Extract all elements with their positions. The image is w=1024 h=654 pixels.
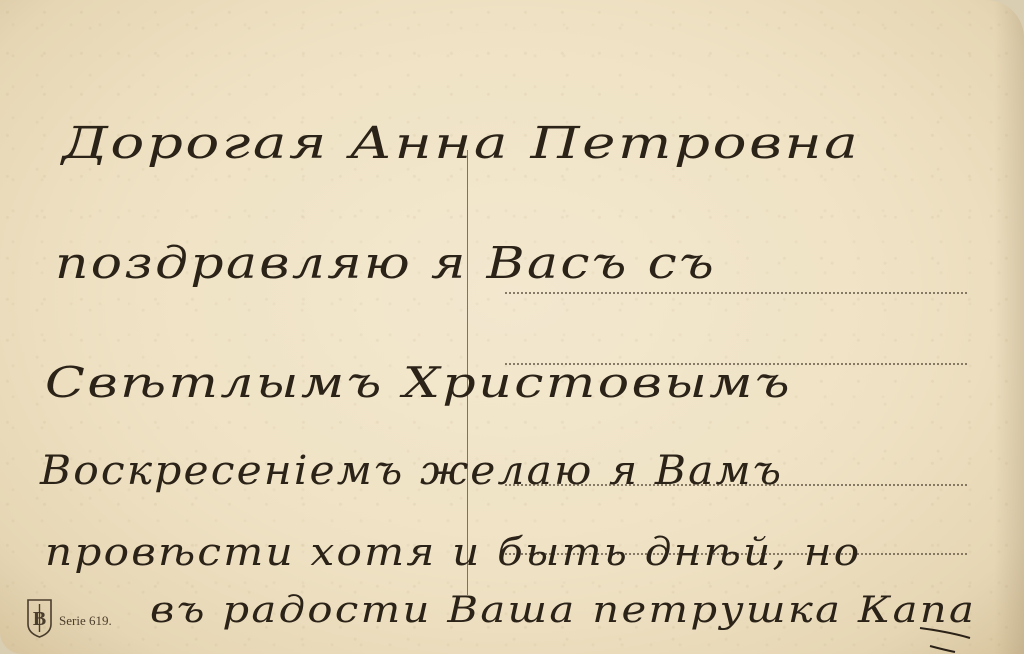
- handwriting-line-6: въ радости Ваша петрушка Капа: [150, 590, 976, 631]
- handwriting-line-3: Свѣтлымъ Христовымъ: [45, 358, 792, 407]
- handwriting-line-5: провѣсти хотя и быть днѣй, но: [45, 530, 861, 574]
- series-label: Serie 619.: [59, 613, 112, 629]
- postcard-back: Дорогая Анна Петровна поздравляю я Васъ …: [0, 0, 1024, 654]
- publisher-shield-logo-icon: B: [26, 598, 53, 638]
- handwriting-line-1: Дорогая Анна Петровна: [62, 118, 860, 169]
- address-line-1: [505, 292, 967, 294]
- handwriting-line-2: поздравляю я Васъ съ: [55, 238, 716, 289]
- publisher-imprint: B Serie 619.: [26, 598, 112, 638]
- handwriting-line-4: Воскресеніемъ желаю я Вамъ: [40, 448, 783, 494]
